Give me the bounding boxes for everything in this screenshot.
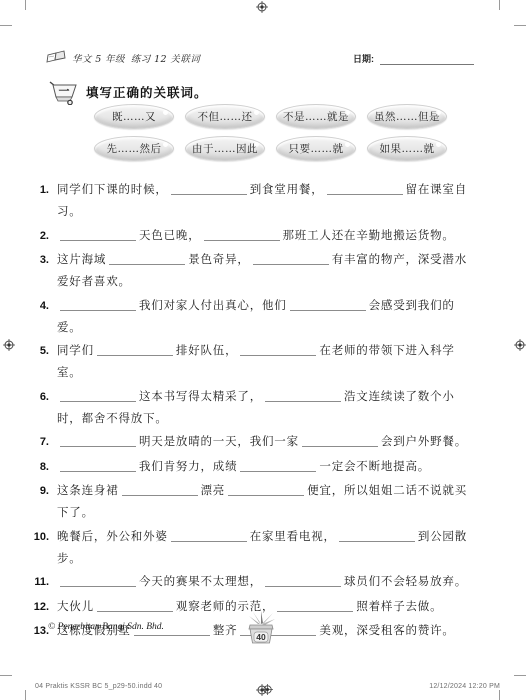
- exercise-item: 3.这片海域景色奇异，有丰富的物产，深受潜水爱好者喜欢。: [33, 249, 473, 292]
- exercise-list: 1.同学们下课的时候，到食堂用餐，留在课室自习。2.天色已晚，那班工人还在辛勤地…: [33, 179, 473, 645]
- registration-mark-icon: [262, 684, 273, 695]
- print-timestamp: 12/12/2024 12:20 PM: [429, 683, 500, 690]
- crop-mark: [0, 25, 12, 26]
- exercise-text: 晚餐后，外公和外婆: [57, 529, 168, 543]
- registration-mark-icon: [3, 339, 15, 351]
- crop-mark: [514, 675, 526, 676]
- word-bank-item: 不但……还: [185, 104, 265, 129]
- exercise-text: 景色奇异，: [188, 252, 250, 266]
- exercise-text: 同学们下课的时候，: [57, 182, 168, 196]
- exercise-item: 7.明天是放晴的一天，我们一家会到户外野餐。: [33, 431, 473, 453]
- crop-mark: [499, 690, 500, 700]
- exercise-text: 这条连身裙: [57, 483, 119, 497]
- exercise-number: 9.: [33, 481, 49, 502]
- answer-blank: [277, 599, 353, 612]
- copyright-line: © Penerbitan Bangi Sdn. Bhd.: [48, 622, 164, 632]
- answer-blank: [60, 389, 136, 402]
- date-blank-line: [380, 54, 474, 65]
- exercise-item: 6.这本书写得太精采了，浩文连续读了数个小时，都舍不得放下。: [33, 386, 473, 429]
- exercise-text: 同学们: [57, 343, 94, 357]
- crop-mark: [25, 0, 26, 10]
- word-bank-row: 先……然后由于……因此只要……就如果……就: [94, 136, 447, 161]
- exercise-text: 明天是放晴的一天，我们一家: [139, 434, 299, 448]
- answer-blank: [60, 435, 136, 448]
- exercise-text: 照着样子去做。: [356, 599, 442, 613]
- section-title: 填写正确的关联词。: [86, 83, 208, 101]
- course-label: 华文 5 年级: [72, 51, 125, 65]
- exercise-text: 球员们不会轻易放弃。: [344, 574, 467, 588]
- exercise-number: 12.: [33, 597, 49, 618]
- crop-mark: [0, 675, 12, 676]
- exercise-number: 6.: [33, 387, 49, 408]
- exercise-text: 我们肯努力，成绩: [139, 459, 237, 473]
- word-bank-item: 先……然后: [94, 136, 174, 161]
- exercise-item: 5.同学们排好队伍，在老师的带领下进入科学室。: [33, 340, 473, 383]
- exercise-number: 4.: [33, 296, 49, 317]
- exercise-text: 到食堂用餐，: [250, 182, 324, 196]
- answer-blank: [109, 253, 185, 266]
- word-bank-item: 如果……就: [367, 136, 447, 161]
- cart-number-icon: 一: [48, 78, 78, 105]
- exercise-number: 13.: [33, 621, 49, 642]
- answer-blank: [302, 435, 378, 448]
- answer-blank: [171, 529, 247, 542]
- answer-blank: [240, 344, 316, 357]
- exercise-number: 10.: [33, 527, 49, 548]
- section-heading: 一 填写正确的关联词。: [48, 78, 208, 105]
- answer-blank: [204, 228, 280, 241]
- registration-mark-icon: [514, 339, 526, 351]
- exercise-number: 5.: [33, 341, 49, 362]
- answer-blank: [253, 253, 329, 266]
- exercise-number: 11.: [33, 572, 49, 593]
- page-header: 华文 5 年级 练习 12 关联词 日期:: [46, 50, 474, 65]
- exercise-text: 那班工人还在辛勤地搬运货物。: [283, 228, 455, 242]
- exercise-number: 7.: [33, 432, 49, 453]
- answer-blank: [327, 183, 403, 196]
- word-bank-item: 虽然……但是: [367, 104, 447, 129]
- crop-mark: [25, 690, 26, 700]
- exercise-number: 2.: [33, 226, 49, 247]
- page-number-basket-icon: 40: [243, 610, 279, 650]
- exercise-number: 1.: [33, 180, 49, 201]
- exercise-number: 3.: [33, 250, 49, 271]
- exercise-item: 9.这条连身裙漂亮便宜，所以姐姐二话不说就买下了。: [33, 480, 473, 523]
- worksheet-page: 华文 5 年级 练习 12 关联词 日期: 一 填写正确的关联词。 既……又不但…: [0, 0, 526, 700]
- exercise-item: 1.同学们下课的时候，到食堂用餐，留在课室自习。: [33, 179, 473, 222]
- answer-blank: [339, 529, 415, 542]
- exercise-text: 在家里看电视，: [250, 529, 336, 543]
- answer-blank: [228, 484, 304, 497]
- section-number: 一: [59, 85, 70, 98]
- open-book-icon: [46, 50, 66, 65]
- answer-blank: [97, 344, 173, 357]
- exercise-item: 4.我们对家人付出真心，他们会感受到我们的爱。: [33, 295, 473, 338]
- word-bank-item: 只要……就: [276, 136, 356, 161]
- answer-blank: [60, 228, 136, 241]
- word-bank-item: 不是……就是: [276, 104, 356, 129]
- exercise-text: 美观，深受租客的赞许。: [319, 623, 454, 637]
- exercise-item: 10.晚餐后，外公和外婆在家里看电视，到公园散步。: [33, 526, 473, 569]
- print-file-name: 04 Praktis KSSR BC 5_p29-50.indd 40: [35, 683, 162, 690]
- exercise-item: 11.今天的赛果不太理想，球员们不会轻易放弃。: [33, 571, 473, 593]
- answer-blank: [60, 575, 136, 588]
- answer-blank: [60, 459, 136, 472]
- exercise-label: 练习 12 关联词: [131, 51, 200, 65]
- page-number: 40: [256, 632, 266, 642]
- exercise-text: 整齐: [213, 623, 238, 637]
- answer-blank: [290, 298, 366, 311]
- registration-mark-icon: [256, 1, 268, 13]
- answer-blank: [97, 599, 173, 612]
- exercise-item: 2.天色已晚，那班工人还在辛勤地搬运货物。: [33, 225, 473, 247]
- exercise-text: 会到户外野餐。: [381, 434, 467, 448]
- exercise-text: 排好队伍，: [176, 343, 238, 357]
- word-bank-item: 既……又: [94, 104, 174, 129]
- date-label: 日期:: [353, 52, 374, 65]
- exercise-item: 8.我们肯努力，成绩一定会不断地提高。: [33, 456, 473, 478]
- answer-blank: [171, 183, 247, 196]
- answer-blank: [265, 389, 341, 402]
- answer-blank: [60, 298, 136, 311]
- crop-mark: [514, 25, 526, 26]
- word-bank-item: 由于……因此: [185, 136, 265, 161]
- exercise-text: 漂亮: [201, 483, 226, 497]
- answer-blank: [122, 484, 198, 497]
- crop-mark: [499, 0, 500, 10]
- exercise-text: 今天的赛果不太理想，: [139, 574, 262, 588]
- exercise-text: 大伙儿: [57, 599, 94, 613]
- exercise-text: 天色已晚，: [139, 228, 201, 242]
- print-footer: 04 Praktis KSSR BC 5_p29-50.indd 40 12/1…: [35, 683, 500, 690]
- answer-blank: [265, 575, 341, 588]
- exercise-text: 这片海域: [57, 252, 106, 266]
- exercise-number: 8.: [33, 457, 49, 478]
- exercise-text: 这本书写得太精采了，: [139, 389, 262, 403]
- word-bank-row: 既……又不但……还不是……就是虽然……但是: [94, 104, 447, 129]
- exercise-text: 我们对家人付出真心，他们: [139, 298, 287, 312]
- exercise-text: 一定会不断地提高。: [319, 459, 430, 473]
- word-bank: 既……又不但……还不是……就是虽然……但是 先……然后由于……因此只要……就如果…: [94, 104, 447, 168]
- answer-blank: [240, 459, 316, 472]
